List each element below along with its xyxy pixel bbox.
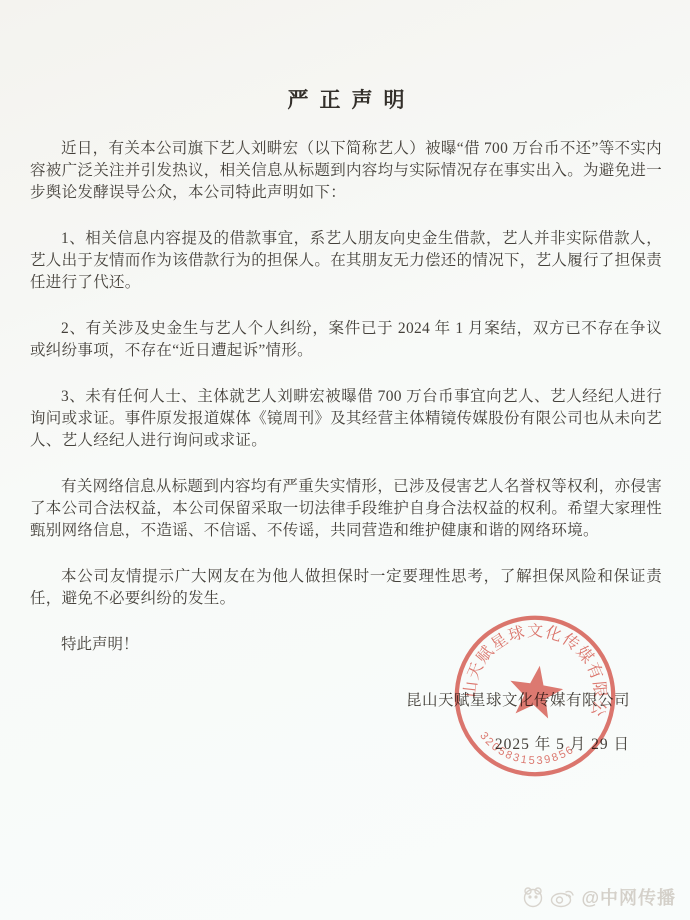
- statement-date: 2025 年 5 月 29 日: [30, 734, 630, 756]
- watermark: @中网传播: [521, 884, 676, 910]
- point-1-paragraph: 1、相关信息内容提及的借款事宜，系艺人朋友向史金生借款，艺人并非实际借款人，艺人…: [30, 228, 662, 294]
- rights-paragraph: 有关网络信息从标题到内容均有严重失实情形，已涉及侵害艺人名誉权等权利，亦侵害了本…: [30, 476, 662, 542]
- weibo-mascot-icon: [521, 886, 545, 908]
- company-name: 昆山天赋星球文化传媒有限公司: [30, 690, 630, 712]
- closing-statement: 特此声明！: [30, 634, 662, 656]
- intro-paragraph: 近日，有关本公司旗下艺人刘畊宏（以下简称艺人）被曝“借 700 万台币不还”等不…: [30, 138, 662, 204]
- point-3-paragraph: 3、未有任何人士、主体就艺人刘畊宏被曝借 700 万台币事宜向艺人、艺人经纪人进…: [30, 386, 662, 452]
- page-title: 严正声明: [30, 86, 662, 114]
- statement-document: 严正声明 近日，有关本公司旗下艺人刘畊宏（以下简称艺人）被曝“借 700 万台币…: [0, 0, 690, 920]
- signature-block: 昆山天赋星球文化传媒有限公司 2025 年 5 月 29 日: [30, 690, 662, 756]
- weibo-logo-icon: [550, 886, 576, 908]
- watermark-text: @中网传播: [581, 884, 676, 910]
- advice-paragraph: 本公司友情提示广大网友在为他人做担保时一定要理性思考，了解担保风险和保证责任，避…: [30, 566, 662, 610]
- point-2-paragraph: 2、有关涉及史金生与艺人个人纠纷，案件已于 2024 年 1 月案结，双方已不存…: [30, 318, 662, 362]
